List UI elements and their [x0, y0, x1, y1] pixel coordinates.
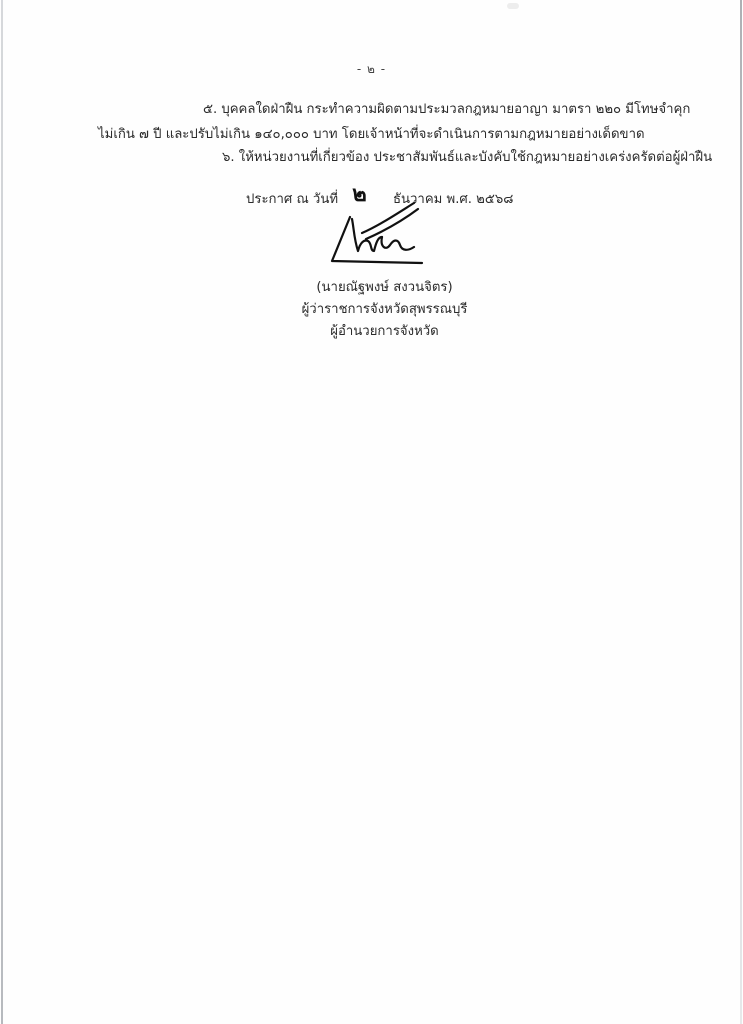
scan-edge-right — [740, 0, 742, 1024]
scan-speck — [507, 3, 519, 9]
signatory-role: ผู้อำนวยการจังหวัด — [13, 323, 743, 341]
clause-6-line-1: ๖. ให้หน่วยงานที่เกี่ยวข้อง ประชาสัมพันธ… — [222, 149, 712, 167]
signatory-position: ผู้ว่าราชการจังหวัดสุพรรณบุรี — [13, 301, 743, 319]
signatory-name: (นายณัฐพงษ์ สงวนจิตร) — [13, 279, 743, 297]
clause-5-line-1: ๕. บุคคลใดฝ่าฝืน กระทำความผิดตามประมวลกฎ… — [203, 101, 690, 119]
page-number: - ๒ - — [0, 60, 743, 79]
document-page: - ๒ - ๕. บุคคลใดฝ่าฝืน กระทำความผิดตามปร… — [0, 0, 743, 1024]
scan-edge-left — [1, 0, 3, 1024]
clause-5-line-2: ไม่เกิน ๗ ปี และปรับไม่เกิน ๑๔๐,๐๐๐ บาท … — [98, 126, 645, 144]
signature-icon — [318, 195, 438, 270]
